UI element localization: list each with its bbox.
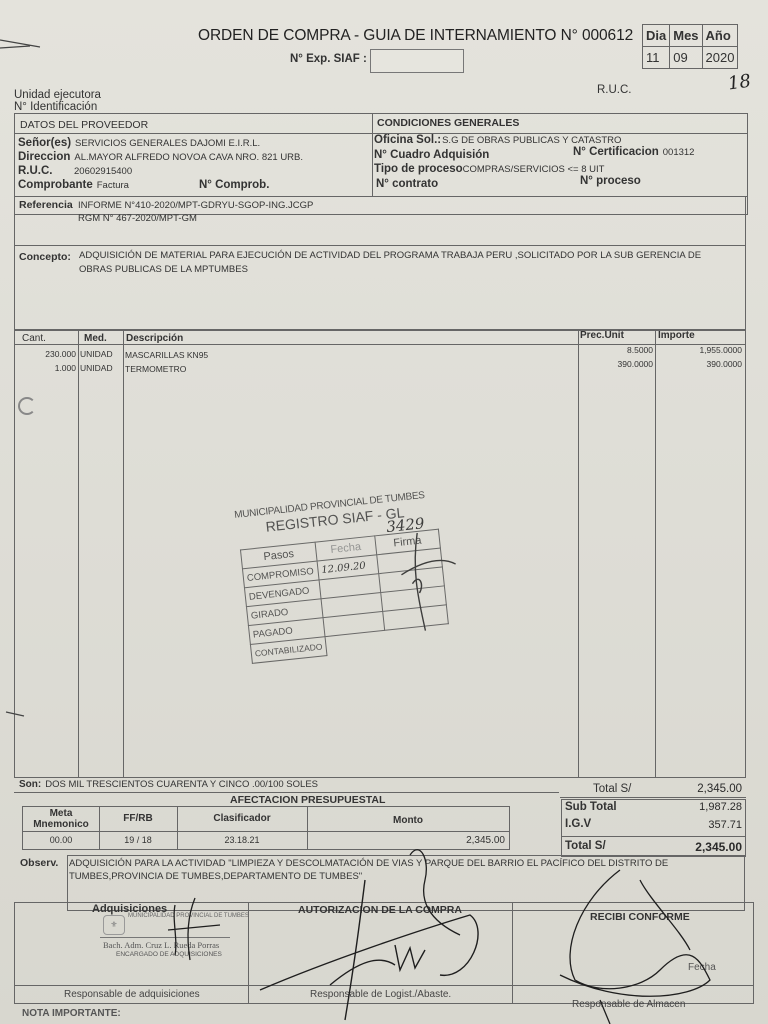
date-year-label: Año <box>702 25 738 47</box>
igv-value: 357.71 <box>660 819 742 831</box>
adq-name: Bach. Adm. Cruz L. Rueda Porras <box>103 940 219 950</box>
condiciones-section-title: CONDICIONES GENERALES <box>377 117 519 129</box>
contrato-label: N° contrato <box>376 178 438 190</box>
row-1-prec: 8.5000 <box>580 345 653 355</box>
concepto-label: Concepto: <box>19 251 71 263</box>
certificacion-value: 001312 <box>663 147 695 158</box>
comprobante-label: Comprobante <box>18 179 93 191</box>
son-value: DOS MIL TRESCIENTOS CUARENTA Y CINCO .00… <box>45 779 318 790</box>
observ-label: Observ. <box>20 857 58 869</box>
adq-stamp-org: MUNICIPALIDAD PROVINCIAL DE TUMBES <box>128 913 249 919</box>
comprobante-value: Factura <box>97 180 129 191</box>
row-1-desc: MASCARILLAS KN95 <box>125 350 208 360</box>
tipo-proceso-value: COMPRAS/SERVICIOS <= 8 UIT <box>463 164 605 175</box>
proveedor-section-title: DATOS DEL PROVEEDOR <box>20 119 148 131</box>
adq-footer: Responsable de adquisiciones <box>64 989 200 1000</box>
row-2-importe: 390.0000 <box>658 359 742 369</box>
autorizacion-title: AUTORIZACION DE LA COMPRA <box>298 904 462 916</box>
row-2-prec: 390.0000 <box>580 359 653 369</box>
referencia-line-2: RGM N° 467-2020/MPT-GM <box>78 213 197 224</box>
nota-title: NOTA IMPORTANTE: <box>22 1008 121 1019</box>
afectacion-title: AFECTACION PRESUPUESTAL <box>230 794 385 806</box>
direccion-label: Direccion <box>18 151 70 163</box>
col-prec-unit: Prec.Unit <box>580 330 624 341</box>
total2-label: Total S/ <box>565 840 606 852</box>
total2-value: 2,345.00 <box>660 840 742 854</box>
oficina-value: S.G DE OBRAS PUBLICAS Y CATASTRO <box>442 135 621 146</box>
ruc-value: 20602915400 <box>74 166 132 177</box>
row-1-cant: 230.000 <box>20 349 76 359</box>
tipo-proceso-label: Tipo de proceso <box>374 163 463 175</box>
municipal-crest-icon: ⚜ <box>103 915 125 935</box>
col-clasificador: Clasificador <box>178 813 306 824</box>
certificacion-label: N° Certificacion <box>573 146 659 158</box>
col-ff-rb: FF/RB <box>100 813 176 824</box>
date-month-label: Mes <box>670 25 702 47</box>
siaf-field <box>370 49 464 73</box>
row-1-med: UNIDAD <box>80 349 113 359</box>
siaf-registry-stamp: MUNICIPALIDAD PROVINCIAL DE TUMBES REGIS… <box>222 468 482 697</box>
date-day-label: Dia <box>643 25 670 47</box>
afectacion-ff: 19 / 18 <box>100 835 176 845</box>
senores-value: SERVICIOS GENERALES DAJOMI E.I.R.L. <box>75 138 260 149</box>
afectacion-clasificador: 23.18.21 <box>178 835 306 845</box>
observ-line-1: ADQUISICIÓN PARA LA ACTIVIDAD "LIMPIEZA … <box>69 858 668 869</box>
ruc-header-label: R.U.C. <box>597 84 632 96</box>
purchase-order-document: ORDEN DE COMPRA - GUIA DE INTERNAMIENTO … <box>0 0 768 1024</box>
son-label: Son: <box>19 779 41 790</box>
afectacion-monto: 2,345.00 <box>310 835 505 846</box>
unidad-ejecutora-label: Unidad ejecutora <box>14 89 101 101</box>
row-2-desc: TERMOMETRO <box>125 364 186 374</box>
afectacion-meta: 00.00 <box>26 835 96 845</box>
siaf-label: N° Exp. SIAF : <box>290 53 367 65</box>
recibi-title: RECIBI CONFORME <box>590 911 690 923</box>
date-table: Dia Mes Año 11 09 2020 <box>642 24 738 69</box>
concepto-line-2: OBRAS PUBLICAS DE LA MPTUMBES <box>79 264 248 275</box>
proceso-label: N° proceso <box>580 175 641 187</box>
subtotal-value: 1,987.28 <box>660 801 742 813</box>
recibi-fecha-label: Fecha <box>688 962 716 973</box>
igv-label: I.G.V <box>565 818 591 830</box>
oficina-label: Oficina Sol.: <box>374 134 441 146</box>
col-med: Med. <box>84 333 107 344</box>
row-2-med: UNIDAD <box>80 363 113 373</box>
col-meta: Meta Mnemonico <box>26 808 96 830</box>
referencia-label: Referencia <box>19 199 73 211</box>
punch-hole-mark <box>18 397 36 415</box>
total-value: 2,345.00 <box>660 783 742 795</box>
direccion-value: AL.MAYOR ALFREDO NOVOA CAVA NRO. 821 URB… <box>74 152 303 163</box>
observ-line-2: TUMBES,PROVINCIA DE TUMBES,DEPARTAMENTO … <box>69 871 362 882</box>
recibi-footer: Responsable de Almacen <box>572 999 685 1010</box>
cuadro-adquisicion-label: N° Cuadro Adquisión <box>374 149 489 161</box>
adq-role: ENCARGADO DE ADQUISICIONES <box>116 951 222 958</box>
col-descripcion: Descripción <box>126 333 183 344</box>
subtotal-label: Sub Total <box>565 801 617 813</box>
senores-label: Señor(es) <box>18 137 71 149</box>
n-comprob-label: N° Comprob. <box>199 179 269 191</box>
col-cant: Cant. <box>22 333 46 344</box>
row-2-cant: 1.000 <box>20 363 76 373</box>
date-year: 2020 <box>702 47 738 69</box>
referencia-line-1: INFORME N°410-2020/MPT-GDRYU-SGOP-ING.JC… <box>78 200 313 211</box>
stamp-table: Pasos Fecha Firma COMPROMISO12.09.20 DEV… <box>240 529 451 664</box>
date-month: 09 <box>670 47 702 69</box>
concepto-line-1: ADQUISICIÓN DE MATERIAL PARA EJECUCIÓN D… <box>79 250 701 261</box>
document-title: ORDEN DE COMPRA - GUIA DE INTERNAMIENTO … <box>198 27 633 45</box>
col-importe: Importe <box>658 330 695 341</box>
ruc-label: R.U.C. <box>18 165 70 177</box>
date-day: 11 <box>643 47 670 69</box>
autorizacion-footer: Responsable de Logist./Abaste. <box>310 989 451 1000</box>
identificacion-label: N° Identificación <box>14 101 97 113</box>
row-1-importe: 1,955.0000 <box>658 345 742 355</box>
total-label: Total S/ <box>593 783 631 795</box>
col-monto: Monto <box>308 815 508 826</box>
handwritten-page-number: 18 <box>727 71 753 95</box>
